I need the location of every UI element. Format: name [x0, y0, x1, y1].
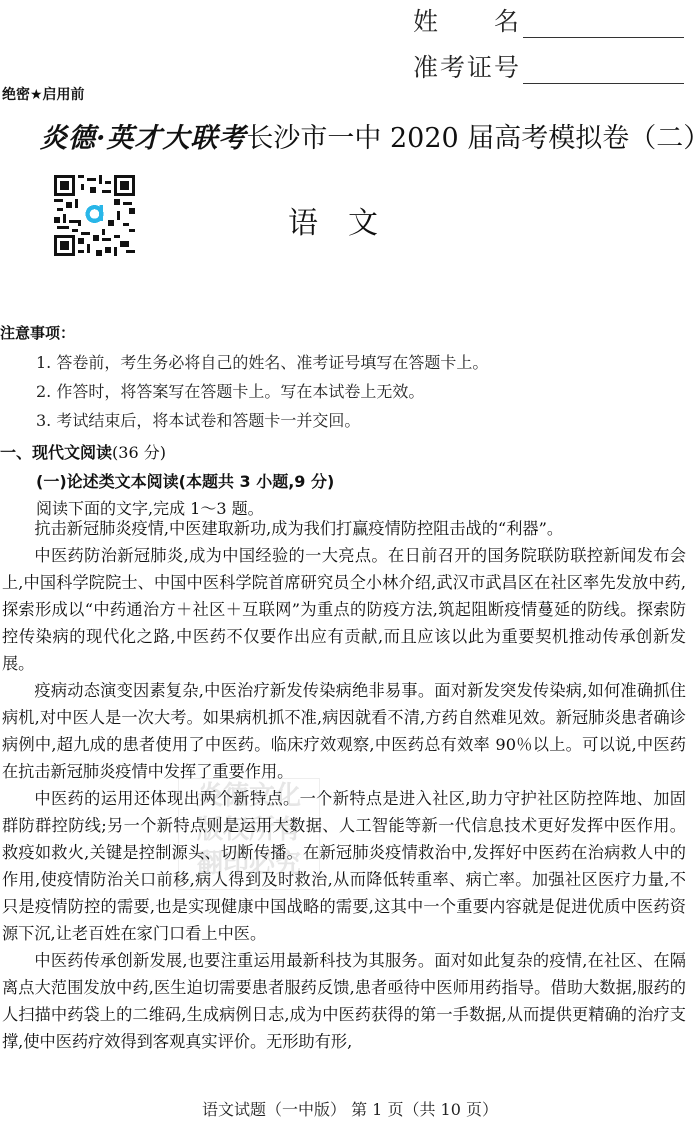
subject-title: 语文 — [288, 198, 408, 242]
name-label: 姓 名 — [413, 2, 521, 38]
section-title: 一、现代文阅读 — [0, 443, 112, 462]
exam-title-brand: 炎德·英才大联考 — [40, 123, 246, 154]
exam-id-blank-line — [523, 61, 684, 84]
confidential-label: 绝密★启用前 — [2, 84, 85, 104]
passage-paragraph: 抗击新冠肺炎疫情,中医建取新功,成为我们打赢疫情防控阻击战的“利器”。 — [2, 515, 686, 542]
notice-item: 3. 考试结束后，将本试卷和答题卡一并交回。 — [36, 408, 360, 431]
notice-item: 2. 作答时，将答案写在答题卡上。写在本试卷上无效。 — [36, 379, 424, 402]
name-blank-line — [523, 15, 684, 38]
passage-paragraph: 中医药防治新冠肺炎,成为中国经验的一大亮点。在日前召开的国务院联防联控新闻发布会… — [2, 542, 686, 677]
passage-paragraph: 中医药传承创新发展,也要注重运用最新科技为其服务。面对如此复杂的疫情,在社区、在… — [2, 947, 686, 1055]
exam-title: 炎德·英才大联考长沙市一中 2020 届高考模拟卷（二） — [40, 116, 700, 155]
reading-passage: 抗击新冠肺炎疫情,中医建取新功,成为我们打赢疫情防控阻击战的“利器”。 中医药防… — [2, 515, 686, 1055]
name-field: 姓 名 — [413, 2, 684, 38]
subsection-heading: (一)论述类文本阅读(本题共 3 小题,9 分) — [36, 469, 334, 492]
section-heading: 一、现代文阅读(36 分) — [0, 440, 166, 463]
notice-item: 1. 答卷前，考生务必将自己的姓名、准考证号填写在答题卡上。 — [36, 350, 488, 373]
notice-heading: 注意事项： — [0, 322, 75, 343]
qr-code-icon — [54, 175, 135, 256]
exam-title-rest: 长沙市一中 2020 届高考模拟卷（二） — [246, 123, 700, 154]
passage-paragraph: 中医药的运用还体现出两个新特点。一个新特点是进入社区,助力守护社区防控阵地、加固… — [2, 785, 686, 947]
exam-id-label: 准考证号 — [413, 48, 521, 84]
section-points: (36 分) — [112, 443, 166, 462]
page-footer: 语文试题（一中版） 第 1 页（共 10 页） — [0, 1097, 700, 1120]
passage-paragraph: 疫病动态演变因素复杂,中医治疗新发传染病绝非易事。面对新发突发传染病,如何准确抓… — [2, 677, 686, 785]
exam-id-field: 准考证号 — [413, 48, 684, 84]
